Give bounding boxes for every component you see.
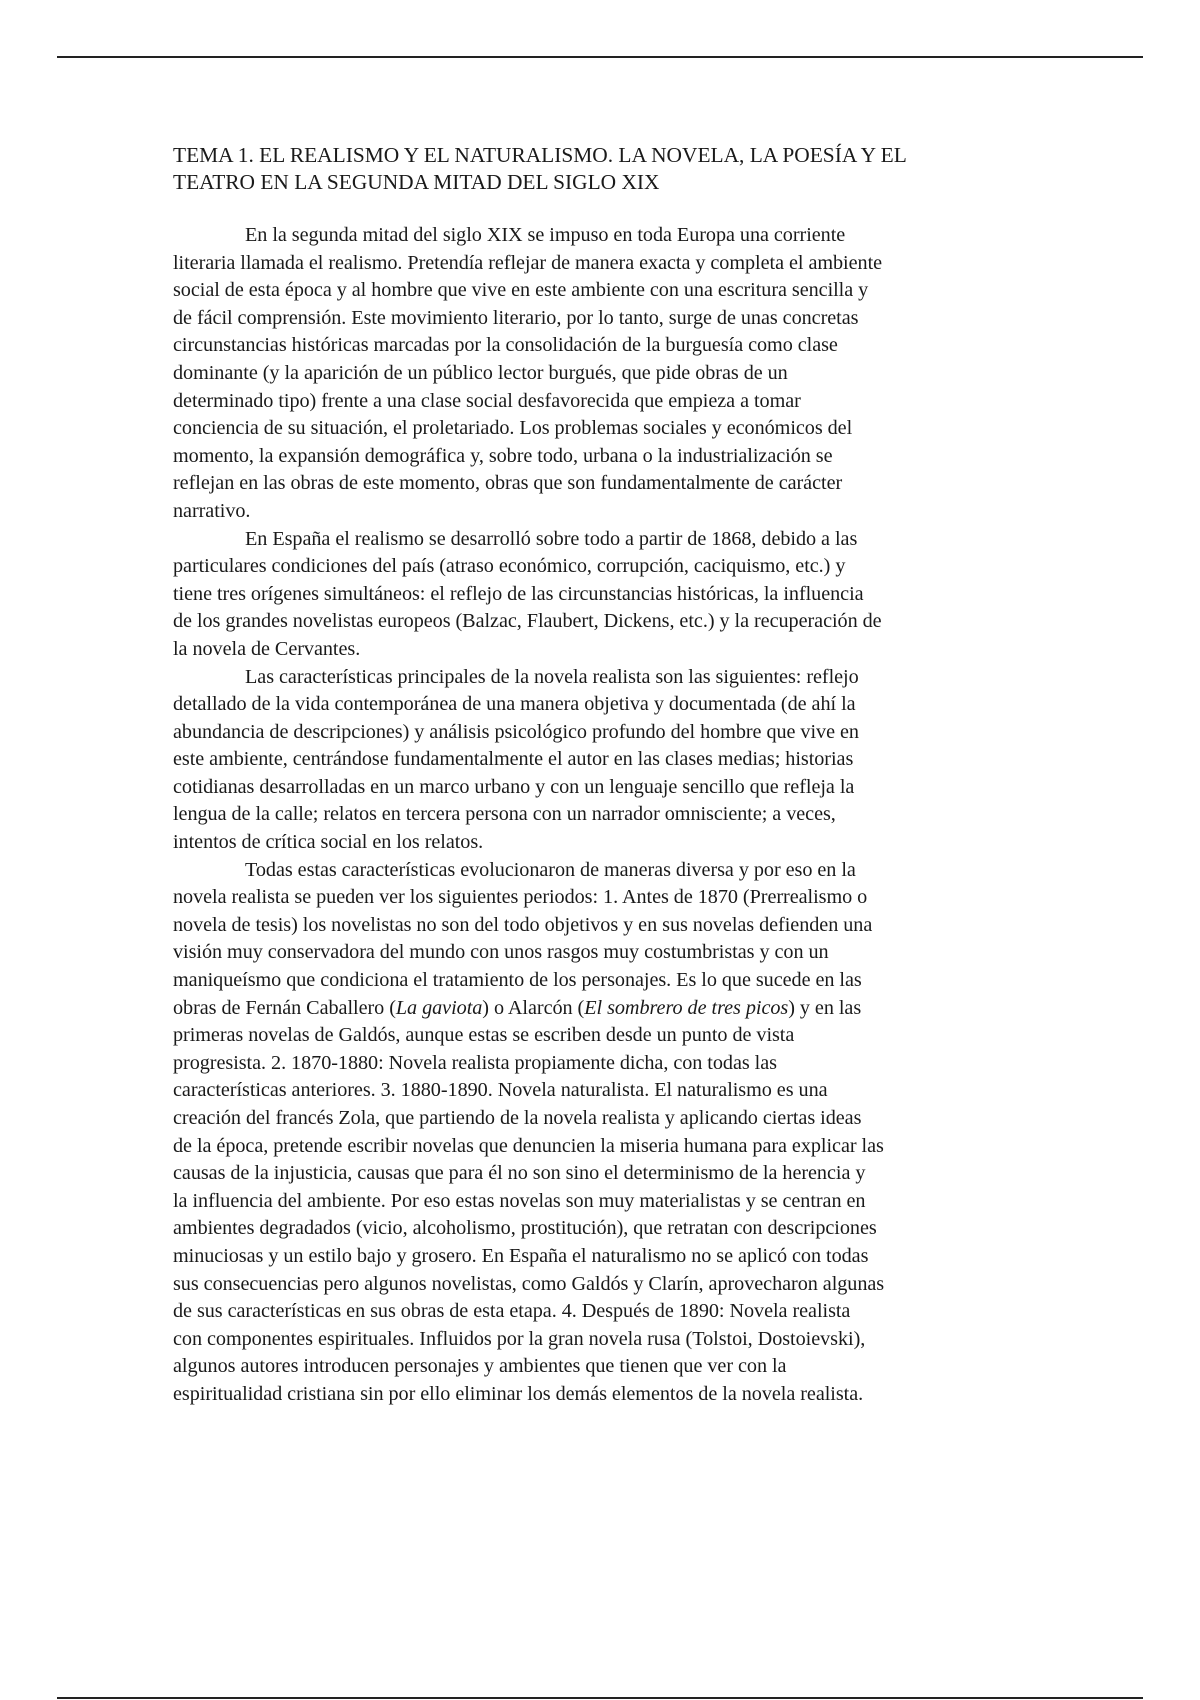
text-line: visión muy conservadora del mundo con un… xyxy=(173,939,1043,967)
text-line: de fácil comprensión. Este movimiento li… xyxy=(173,305,1043,333)
text-line: causas de la injusticia, causas que para… xyxy=(173,1160,1043,1188)
text-line: Todas estas características evolucionaro… xyxy=(173,857,1043,885)
text-line: En España el realismo se desarrolló sobr… xyxy=(173,526,1043,554)
text-line: este ambiente, centrándose fundamentalme… xyxy=(173,746,1043,774)
text-line: novela de tesis) los novelistas no son d… xyxy=(173,912,1043,940)
text-line: de los grandes novelistas europeos (Balz… xyxy=(173,608,1043,636)
text-line: particulares condiciones del país (atras… xyxy=(173,553,1043,581)
title-line: TEMA 1. EL REALISMO Y EL NATURALISMO. LA… xyxy=(173,142,1043,169)
book-title: El sombrero de tres picos xyxy=(584,997,788,1019)
text-line: maniqueísmo que condiciona el tratamient… xyxy=(173,967,1043,995)
text-line: algunos autores introducen personajes y … xyxy=(173,1353,1043,1381)
title-line: TEATRO EN LA SEGUNDA MITAD DEL SIGLO XIX xyxy=(173,169,1043,196)
text-line: narrativo. xyxy=(173,498,1043,526)
text-line: dominante (y la aparición de un público … xyxy=(173,360,1043,388)
text-line: cotidianas desarrolladas en un marco urb… xyxy=(173,774,1043,802)
text-line: momento, la expansión demográfica y, sob… xyxy=(173,443,1043,471)
text-line: la influencia del ambiente. Por eso esta… xyxy=(173,1188,1043,1216)
text-line: intentos de crítica social en los relato… xyxy=(173,829,1043,857)
text-line: minuciosas y un estilo bajo y grosero. E… xyxy=(173,1243,1043,1271)
text-line: En la segunda mitad del siglo XIX se imp… xyxy=(173,222,1043,250)
text-fragment: obras de Fernán Caballero ( xyxy=(173,997,396,1019)
text-line: lengua de la calle; relatos en tercera p… xyxy=(173,801,1043,829)
text-line: conciencia de su situación, el proletari… xyxy=(173,415,1043,443)
text-line: ambientes degradados (vicio, alcoholismo… xyxy=(173,1215,1043,1243)
text-line: creación del francés Zola, que partiendo… xyxy=(173,1105,1043,1133)
document-page: TEMA 1. EL REALISMO Y EL NATURALISMO. LA… xyxy=(173,142,1043,1409)
paragraph-realism-spain: En España el realismo se desarrolló sobr… xyxy=(173,526,1043,664)
text-line: reflejan en las obras de este momento, o… xyxy=(173,470,1043,498)
text-line: circunstancias históricas marcadas por l… xyxy=(173,332,1043,360)
text-line: de la época, pretende escribir novelas q… xyxy=(173,1133,1043,1161)
text-fragment: ) o Alarcón ( xyxy=(482,997,584,1019)
book-title: La gaviota xyxy=(396,997,482,1019)
text-line: Las características principales de la no… xyxy=(173,664,1043,692)
text-line: sus consecuencias pero algunos novelista… xyxy=(173,1271,1043,1299)
text-fragment: ) y en las xyxy=(788,997,861,1019)
paragraph-periods: Todas estas características evolucionaro… xyxy=(173,857,1043,1409)
text-line: tiene tres orígenes simultáneos: el refl… xyxy=(173,581,1043,609)
paragraph-characteristics: Las características principales de la no… xyxy=(173,664,1043,857)
document-title: TEMA 1. EL REALISMO Y EL NATURALISMO. LA… xyxy=(173,142,1043,196)
text-line: con componentes espirituales. Influidos … xyxy=(173,1326,1043,1354)
text-line: obras de Fernán Caballero (La gaviota) o… xyxy=(173,995,1043,1023)
text-line: determinado tipo) frente a una clase soc… xyxy=(173,388,1043,416)
text-line: la novela de Cervantes. xyxy=(173,636,1043,664)
text-line: características anteriores. 3. 1880-1890… xyxy=(173,1077,1043,1105)
top-rule xyxy=(57,56,1143,58)
text-line: de sus características en sus obras de e… xyxy=(173,1298,1043,1326)
bottom-rule xyxy=(57,1697,1143,1699)
text-line: literaria llamada el realismo. Pretendía… xyxy=(173,250,1043,278)
text-line: detallado de la vida contemporánea de un… xyxy=(173,691,1043,719)
text-line: social de esta época y al hombre que viv… xyxy=(173,277,1043,305)
text-line: abundancia de descripciones) y análisis … xyxy=(173,719,1043,747)
text-line: espiritualidad cristiana sin por ello el… xyxy=(173,1381,1043,1409)
text-line: novela realista se pueden ver los siguie… xyxy=(173,884,1043,912)
text-line: progresista. 2. 1870-1880: Novela realis… xyxy=(173,1050,1043,1078)
paragraph-realism-intro: En la segunda mitad del siglo XIX se imp… xyxy=(173,222,1043,526)
text-line: primeras novelas de Galdós, aunque estas… xyxy=(173,1022,1043,1050)
